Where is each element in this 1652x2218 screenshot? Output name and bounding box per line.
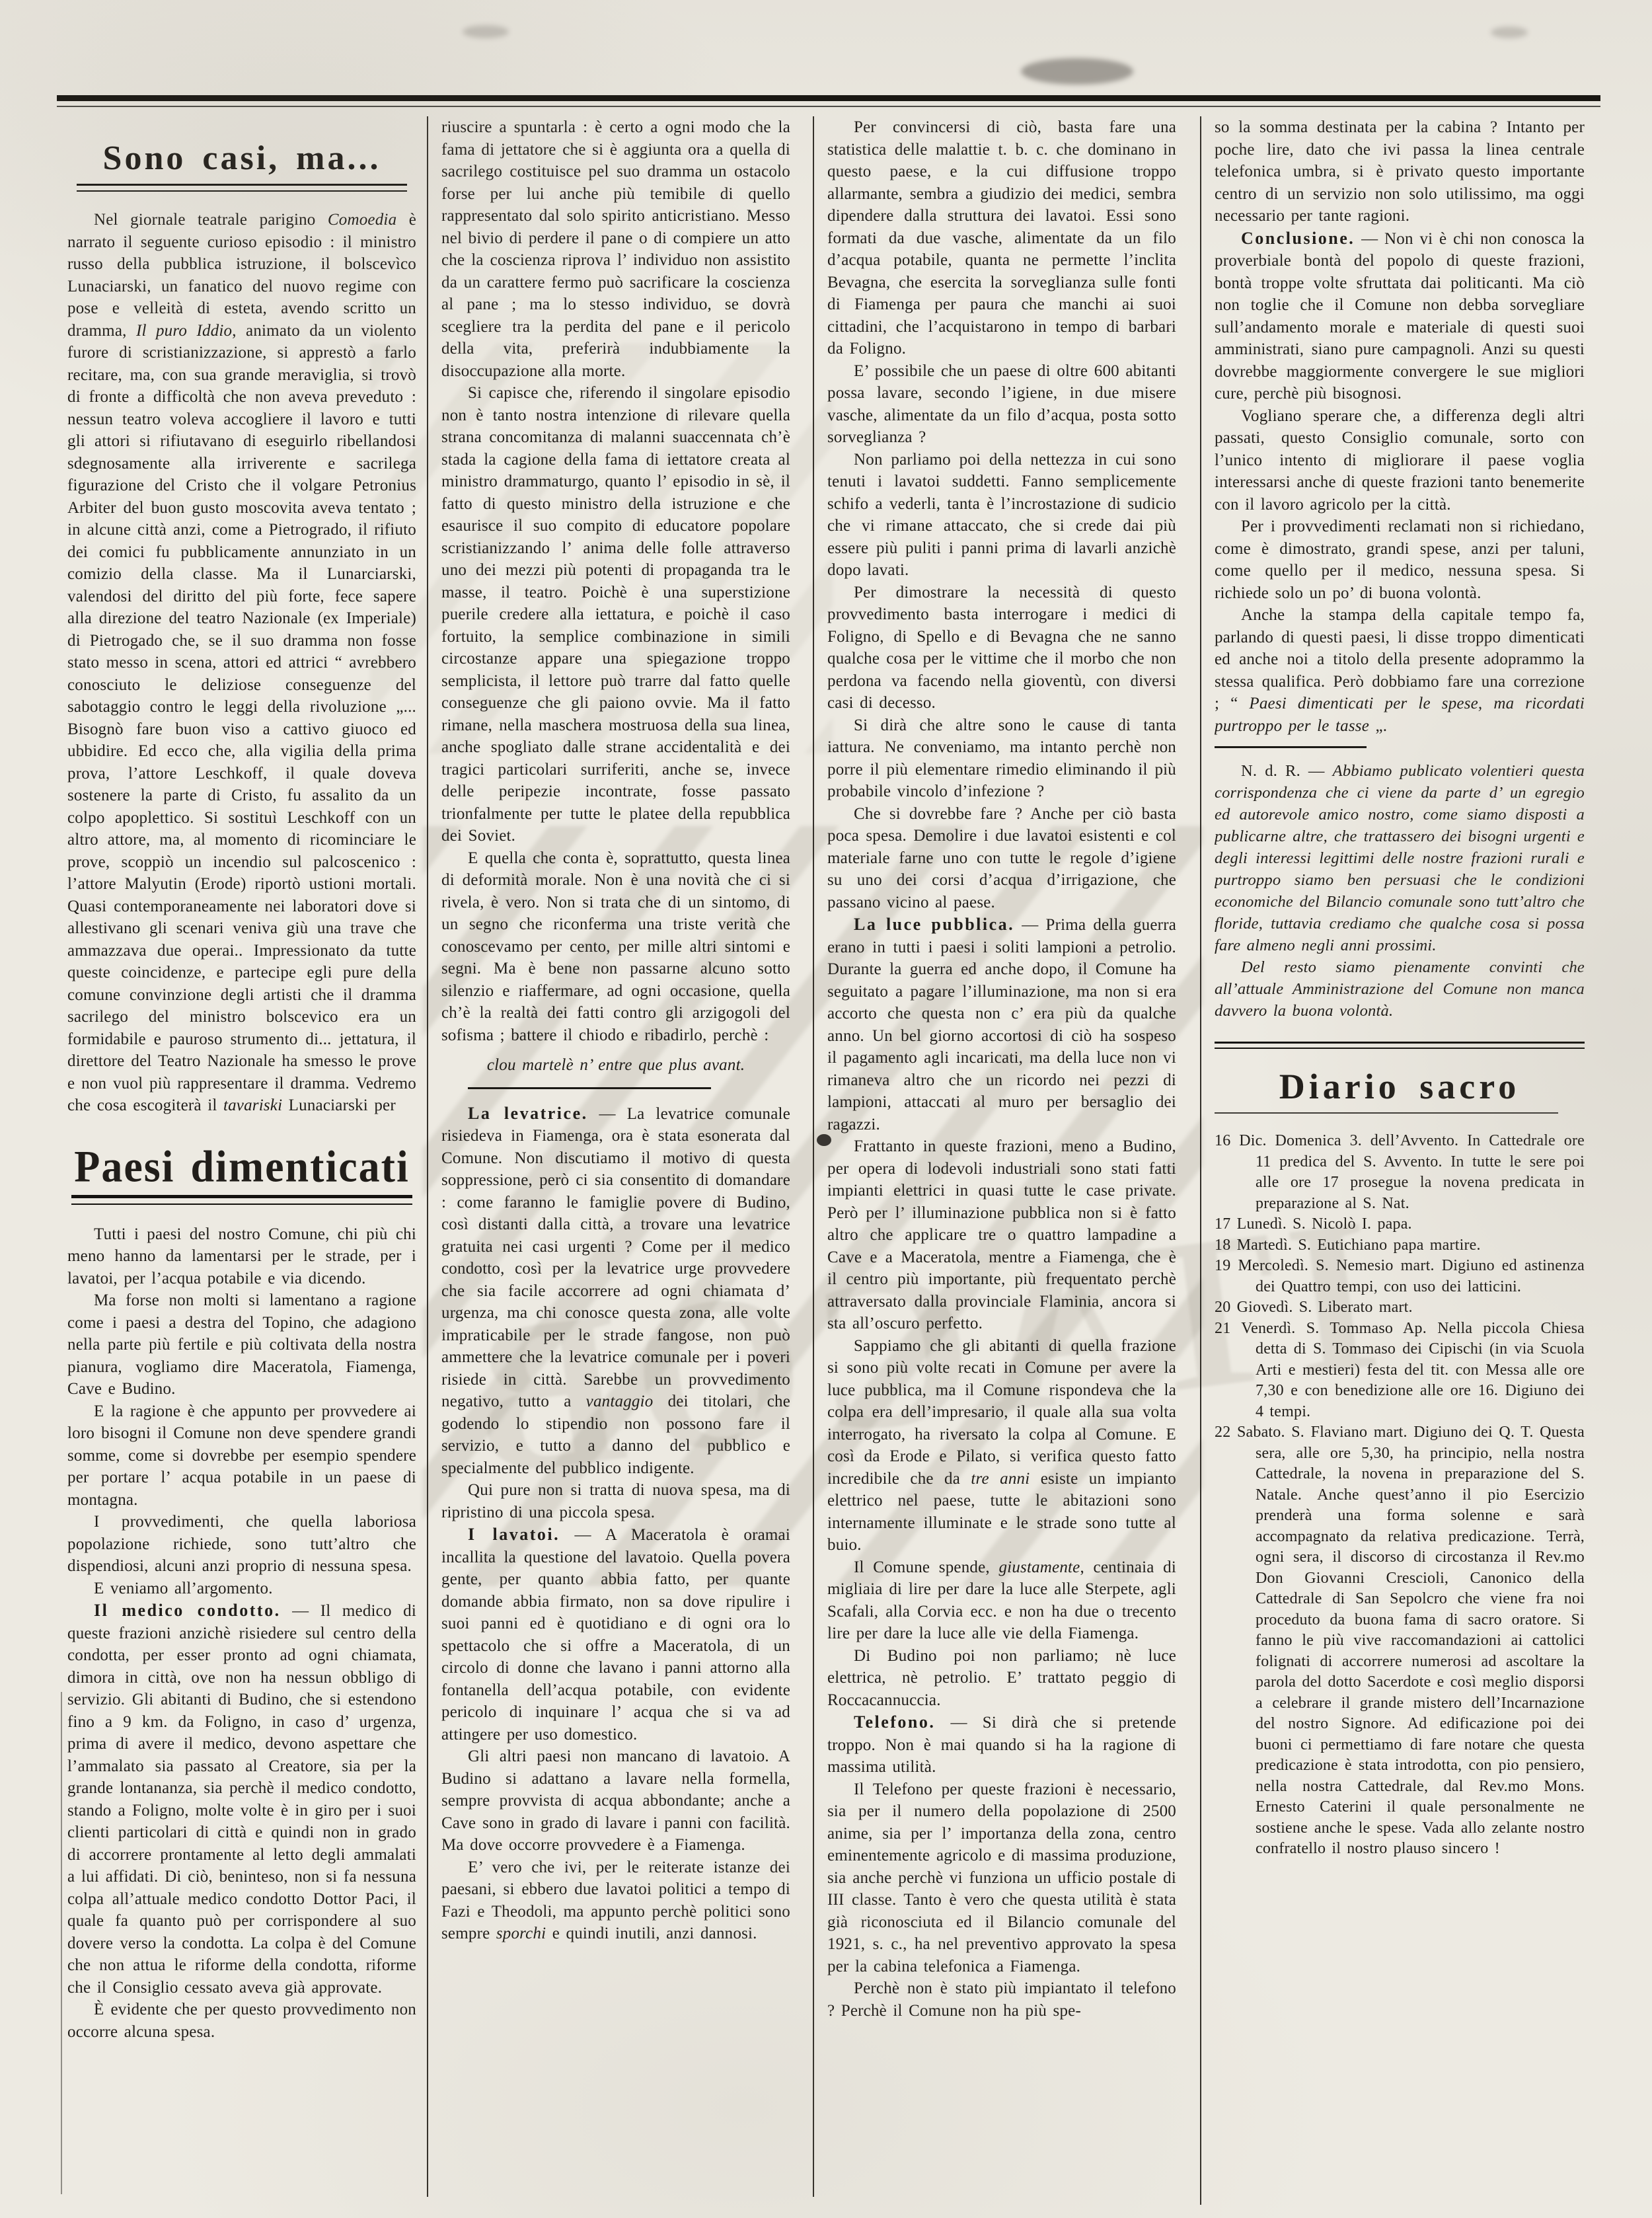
- column-2: riuscire a spuntarla : è certo a ogni mo…: [441, 116, 790, 2208]
- headline-diario-sacro: Diario sacro: [1215, 1066, 1585, 1107]
- article-paragraph: Ma forse non molti si lamentano a ragion…: [67, 1289, 416, 1400]
- article-paragraph: E quella che conta è, soprattutto, quest…: [441, 847, 790, 1047]
- ink-smudge: [1491, 26, 1528, 38]
- column-rule-2: [813, 116, 814, 2197]
- column-rule-3: [1200, 116, 1201, 2205]
- article-paragraph-medico-condotto: Il medico condotto. — Il medico di quest…: [67, 1599, 416, 1999]
- diary-entry: 19 Mercoledì. S. Nemesio mart. Digiuno e…: [1215, 1256, 1585, 1297]
- editor-note: N. d. R. — Abbiamo publicato volentieri …: [1215, 760, 1585, 956]
- headline-paesi-dimenticati: Paesi dimenticati: [67, 1140, 416, 1192]
- article-paragraph: E la ragione è che appunto per provveder…: [67, 1400, 416, 1511]
- column-rule-1: [427, 116, 428, 2197]
- article-paragraph: Sappiamo che gli abitanti di quella fraz…: [827, 1335, 1176, 1556]
- headline-underline: [77, 184, 407, 192]
- article-paragraph: Nel giornale teatrale parigino Comoedia …: [67, 209, 416, 1117]
- diary-entry: 21 Venerdì. S. Tommaso Ap. Nella piccola…: [1215, 1319, 1585, 1423]
- article-paragraph: Perchè non è stato più impiantato il tel…: [827, 1977, 1176, 2022]
- article-paragraph-telefono: Telefono. — Si dirà che si pretende trop…: [827, 1711, 1176, 1778]
- article-paragraph: Per convincersi di ciò, basta fare una s…: [827, 116, 1176, 360]
- article-paragraph: Non parliamo poi della nettezza in cui s…: [827, 449, 1176, 582]
- diario-rule-top: [1215, 1042, 1585, 1049]
- article-paragraph-lavatoi: I lavatoi. — A Maceratola è oramai incal…: [441, 1523, 790, 1745]
- headline-underline: [71, 1195, 412, 1205]
- article-paragraph: riuscire a spuntarla : è certo a ogni mo…: [441, 116, 790, 382]
- french-motto: clou martelè n’ entre que plus avant.: [441, 1054, 790, 1077]
- article-paragraph-levatrice: La levatrice. — La levatrice comunale ri…: [441, 1102, 790, 1480]
- diary-entry: 20 Giovedì. S. Liberato mart.: [1215, 1297, 1585, 1319]
- diario-rule-bottom: [1215, 1112, 1558, 1114]
- article-paragraph: Il Telefono per queste frazioni è necess…: [827, 1778, 1176, 1978]
- left-edge-rule: [61, 1692, 62, 2194]
- article-paragraph-conclusione: Conclusione. — Non vi è chi non conosca …: [1215, 227, 1585, 405]
- diary-entry: 18 Martedì. S. Eutichiano papa martire.: [1215, 1235, 1585, 1256]
- top-rule-thin: [57, 106, 1600, 107]
- article-paragraph: so la somma destinata per la cabina ? In…: [1215, 116, 1585, 227]
- article-paragraph: Si capisce che, riferendo il singolare e…: [441, 382, 790, 847]
- editor-note-rule: [1215, 746, 1367, 748]
- article-paragraph: Tutti i paesi del nostro Comune, chi più…: [67, 1223, 416, 1290]
- ink-smudge: [1021, 58, 1133, 85]
- column-1: Sono casi, ma... Nel giornale teatrale p…: [67, 116, 416, 2208]
- article-paragraph: E’ vero che ivi, per le reiterate istanz…: [441, 1856, 790, 1945]
- article-paragraph: Gli altri paesi non mancano di lavatoio.…: [441, 1745, 790, 1856]
- top-rule-thick: [57, 95, 1600, 101]
- article-paragraph: Anche la stampa della capitale tempo fa,…: [1215, 604, 1585, 737]
- article-paragraph: Si dirà che altre sono le cause di tanta…: [827, 714, 1176, 803]
- article-paragraph: Per dimostrare la necessità di questo pr…: [827, 582, 1176, 714]
- article-paragraph: Vogliano sperare che, a differenza degli…: [1215, 405, 1585, 516]
- article-paragraph: Qui pure non si tratta di nuova spesa, m…: [441, 1479, 790, 1523]
- article-paragraph: Di Budino poi non parliamo; nè luce elet…: [827, 1645, 1176, 1712]
- ink-smudge: [463, 25, 509, 38]
- article-paragraph-luce-pubblica: La luce pubblica. — Prima della guerra e…: [827, 913, 1176, 1135]
- article-paragraph: Il Comune spende, giustamente, centinaia…: [827, 1556, 1176, 1645]
- article-paragraph: Per i provvedimenti reclamati non si ric…: [1215, 516, 1585, 604]
- article-paragraph: È evidente che per questo provvedimento …: [67, 1999, 416, 2043]
- editor-note: Del resto siamo pienamente convinti che …: [1215, 956, 1585, 1022]
- article-paragraph: Frattanto in queste frazioni, meno a Bud…: [827, 1135, 1176, 1335]
- newspaper-page: ITACOB Sono casi, ma... Nel giornale tea…: [0, 0, 1652, 2218]
- article-paragraph: E veniamo all’argomento.: [67, 1578, 416, 1600]
- headline-sono-casi: Sono casi, ma...: [67, 139, 416, 178]
- article-paragraph: Che si dovrebbe fare ? Anche per ciò bas…: [827, 803, 1176, 914]
- diary-entry: 22 Sabato. S. Flaviano mart. Digiuno dei…: [1215, 1422, 1585, 1860]
- ink-dot: [817, 1134, 831, 1146]
- article-paragraph: I provvedimenti, che quella laboriosa po…: [67, 1511, 416, 1578]
- diary-entry: 16 Dic. Domenica 3. dell’Avvento. In Cat…: [1215, 1131, 1585, 1214]
- column-3: Per convincersi di ciò, basta fare una s…: [827, 116, 1176, 2208]
- column-4: so la somma destinata per la cabina ? In…: [1215, 116, 1585, 2208]
- diary-entry: 17 Lunedì. S. Nicolò I. papa.: [1215, 1214, 1585, 1235]
- section-rule: [468, 1087, 711, 1089]
- article-paragraph: E’ possibile che un paese di oltre 600 a…: [827, 360, 1176, 449]
